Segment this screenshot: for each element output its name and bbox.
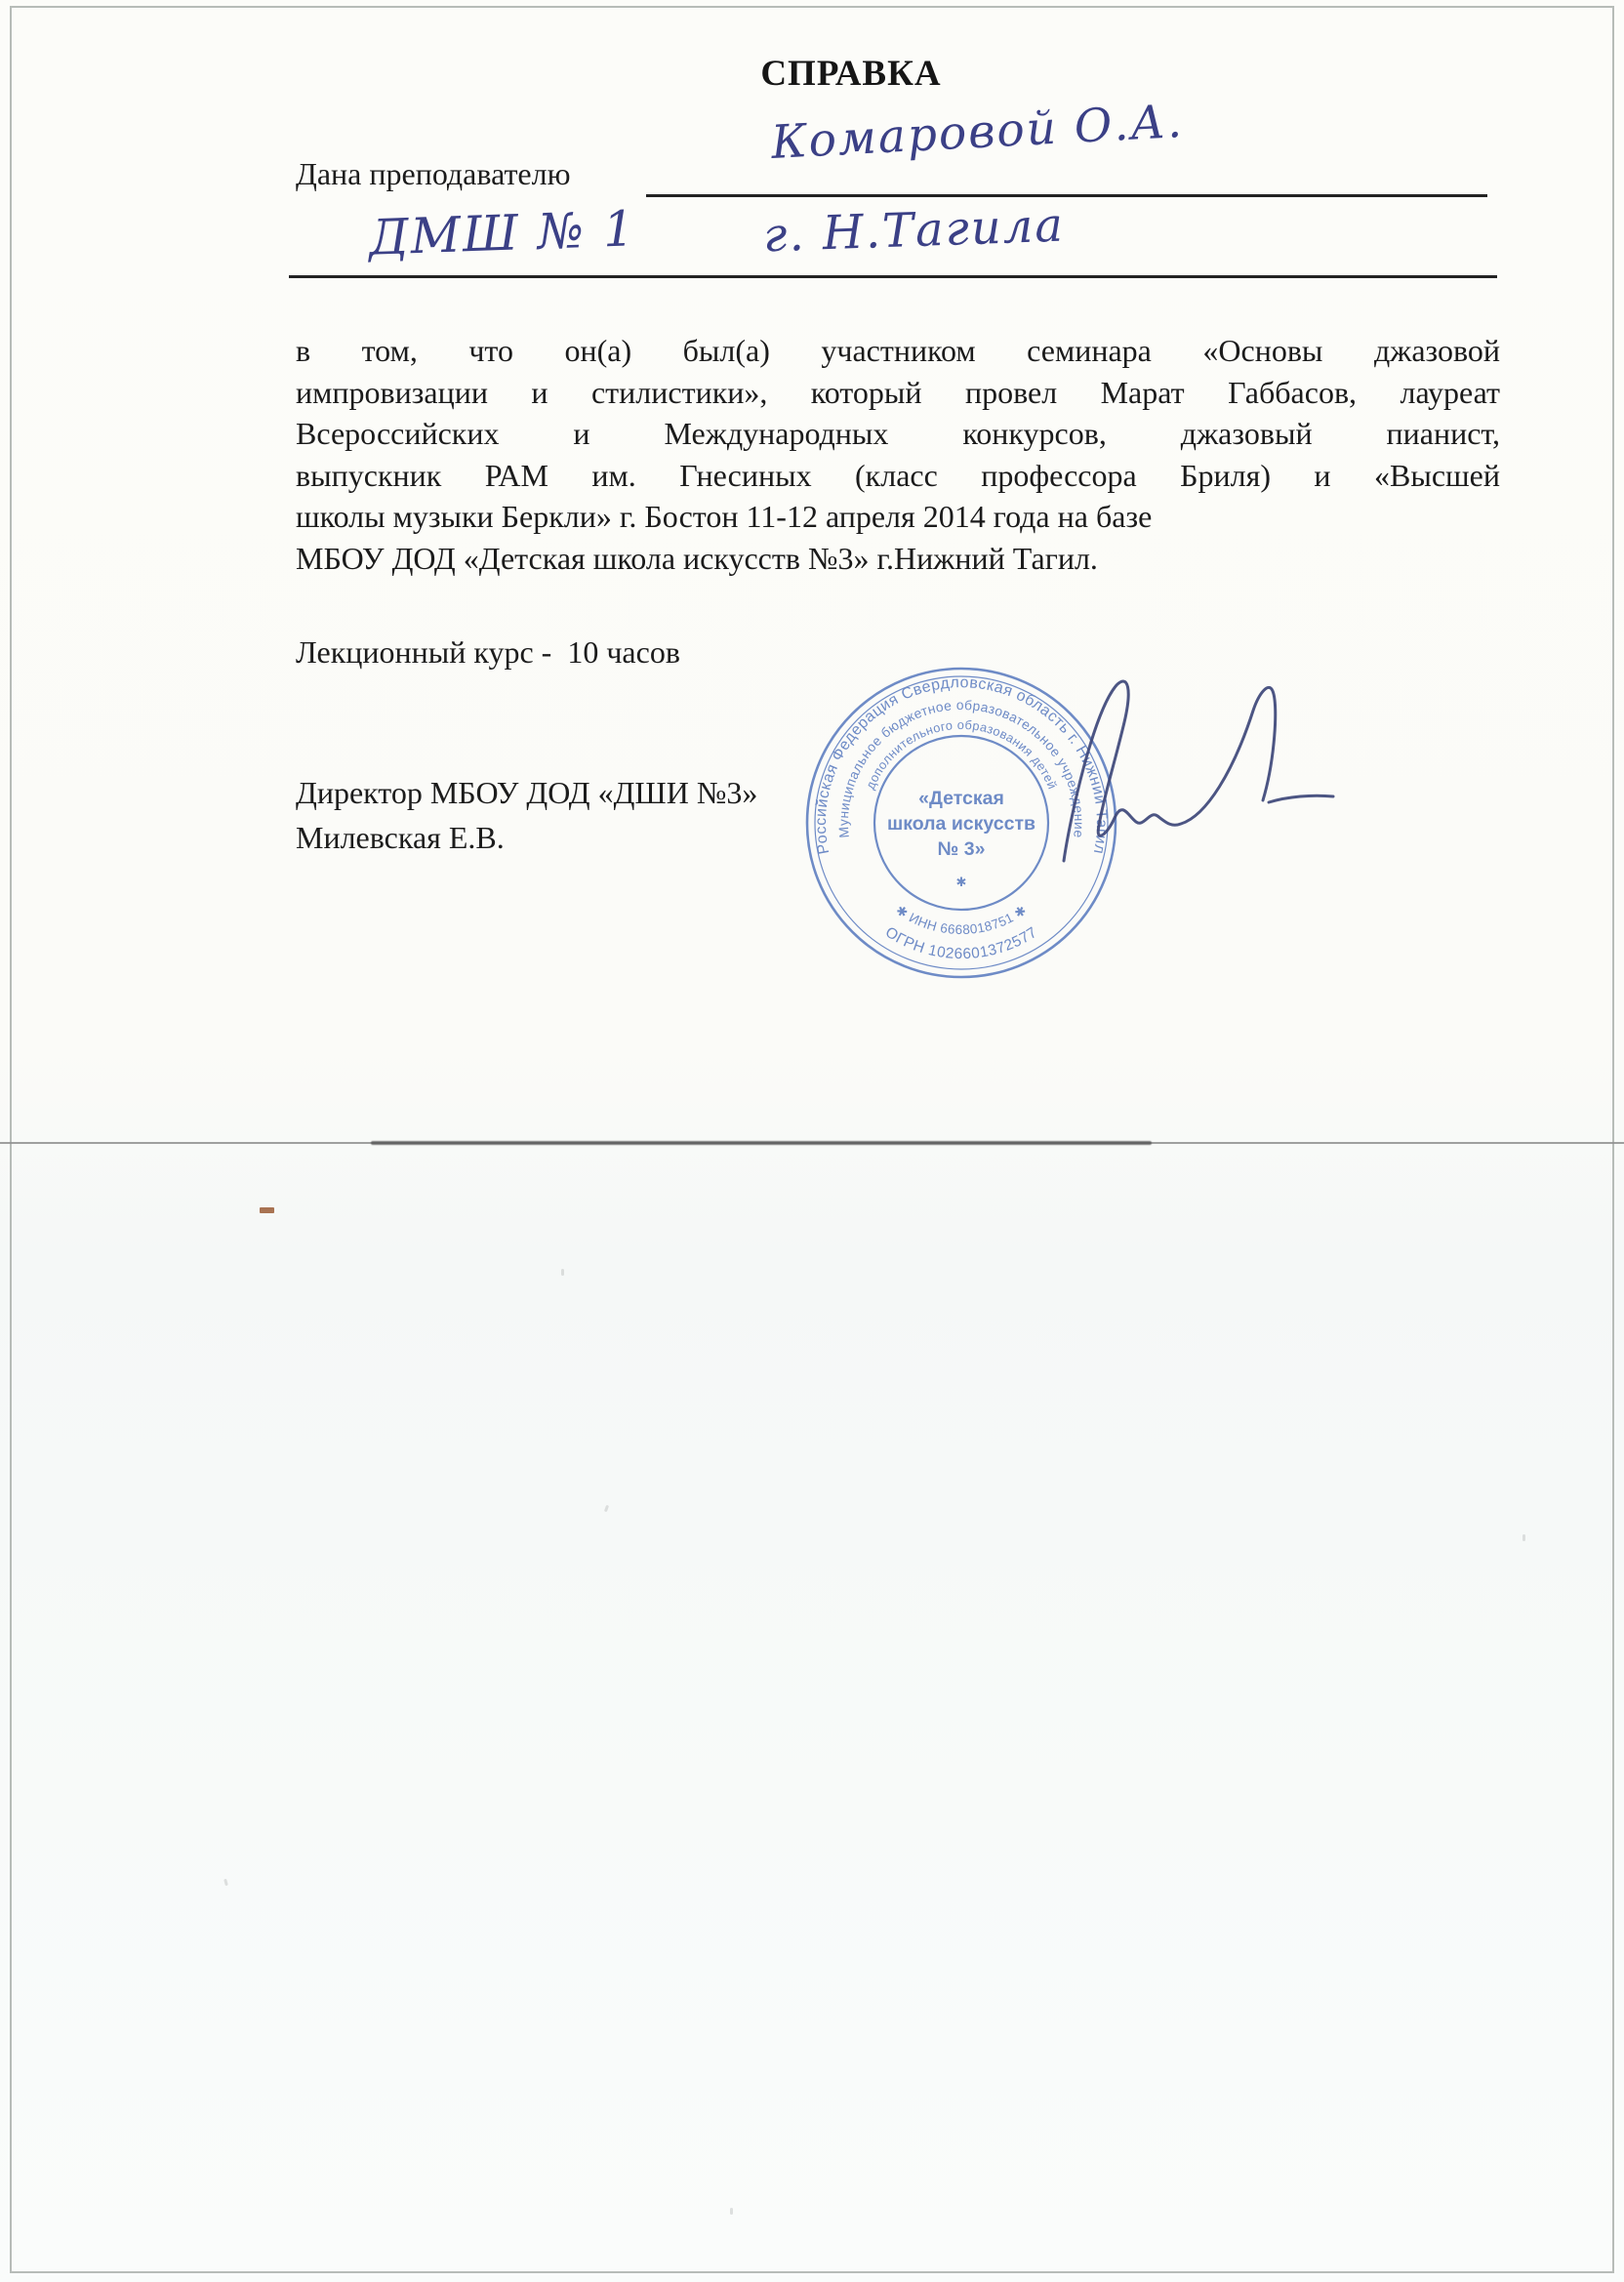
- stamp-ring-middle-top-text: Муниципальное бюджетное образовательное …: [836, 698, 1086, 838]
- school-handwriting-part1: ДМШ № 1: [368, 200, 637, 266]
- svg-text:ОГРН 1026601372577: ОГРН 1026601372577: [882, 924, 1040, 962]
- course-hours-line: Лекционный курс - 10 часов: [296, 634, 680, 671]
- scanned-certificate-page: СПРАВКА Дана преподавателю Комаровой О.А…: [0, 0, 1624, 2282]
- stamp-inn-text: ✱ ИНН 6668018751 ✱: [893, 903, 1029, 937]
- school-handwriting-part2: г. Н.Тагила: [762, 198, 1066, 264]
- svg-text:Российская Федерация Свердловс: Российская Федерация Свердловская област…: [813, 674, 1110, 855]
- director-name-line: Милевская Е.В.: [296, 820, 505, 856]
- stamp-bottom-star: ✱: [956, 875, 967, 889]
- scan-speck: [730, 2208, 733, 2215]
- issued-to-label: Дана преподавателю: [296, 156, 571, 192]
- stamp-ring-outer-top-text: Российская Федерация Свердловская област…: [813, 674, 1110, 855]
- document-title: СПРАВКА: [760, 53, 941, 95]
- stamp-ring-inner-top-text: дополнительного образования детей: [863, 717, 1060, 792]
- stamp-outer-inner-circle: [815, 676, 1108, 969]
- stamp-center-line2: школа искусств: [887, 813, 1035, 835]
- scan-speck: [1522, 1534, 1525, 1541]
- body-line: школы музыки Беркли» г. Бостон 11-12 апр…: [296, 496, 1500, 538]
- certificate-body: в том, что он(а) был(а) участником семин…: [296, 330, 1500, 579]
- official-round-stamp: Российская Федерация Свердловская област…: [794, 656, 1128, 990]
- body-line: МБОУ ДОД «Детская школа искусств №3» г.Н…: [296, 538, 1500, 580]
- director-title-line: Директор МБОУ ДОД «ДШИ №3»: [296, 775, 757, 811]
- svg-text:Муниципальное бюджетное образо: Муниципальное бюджетное образовательное …: [836, 698, 1086, 838]
- scan-speck: [561, 1269, 564, 1276]
- fill-in-line-1: [646, 194, 1487, 197]
- scan-speck: [223, 1879, 228, 1887]
- body-line: выпускник РАМ им. Гнесиных (класс профес…: [296, 455, 1500, 497]
- scan-speck: [604, 1505, 609, 1513]
- director-signature: [1035, 654, 1347, 878]
- fill-in-line-2: [289, 275, 1497, 278]
- stamp-ogrn-text: ОГРН 1026601372577: [882, 924, 1040, 962]
- stamp-center-line3: № 3»: [938, 838, 986, 860]
- svg-text:дополнительного образования де: дополнительного образования детей: [863, 717, 1060, 792]
- scan-mark-red: [260, 1207, 274, 1213]
- signature-stroke: [1064, 681, 1333, 861]
- stamp-center-line1: «Детская: [918, 788, 1004, 809]
- stamp-core-circle: [874, 736, 1048, 910]
- stamp-outer-circle: [807, 669, 1116, 977]
- body-line: в том, что он(а) был(а) участником семин…: [296, 330, 1500, 372]
- body-line: импровизации и стилистики», который пров…: [296, 372, 1500, 414]
- teacher-name-handwriting: Комаровой О.А.: [770, 95, 1185, 170]
- body-line: Всероссийских и Международных конкурсов,…: [296, 413, 1500, 455]
- scan-artifact-line-dark: [371, 1141, 1152, 1145]
- svg-text:✱ ИНН 6668018751 ✱: ✱ ИНН 6668018751 ✱: [893, 903, 1029, 937]
